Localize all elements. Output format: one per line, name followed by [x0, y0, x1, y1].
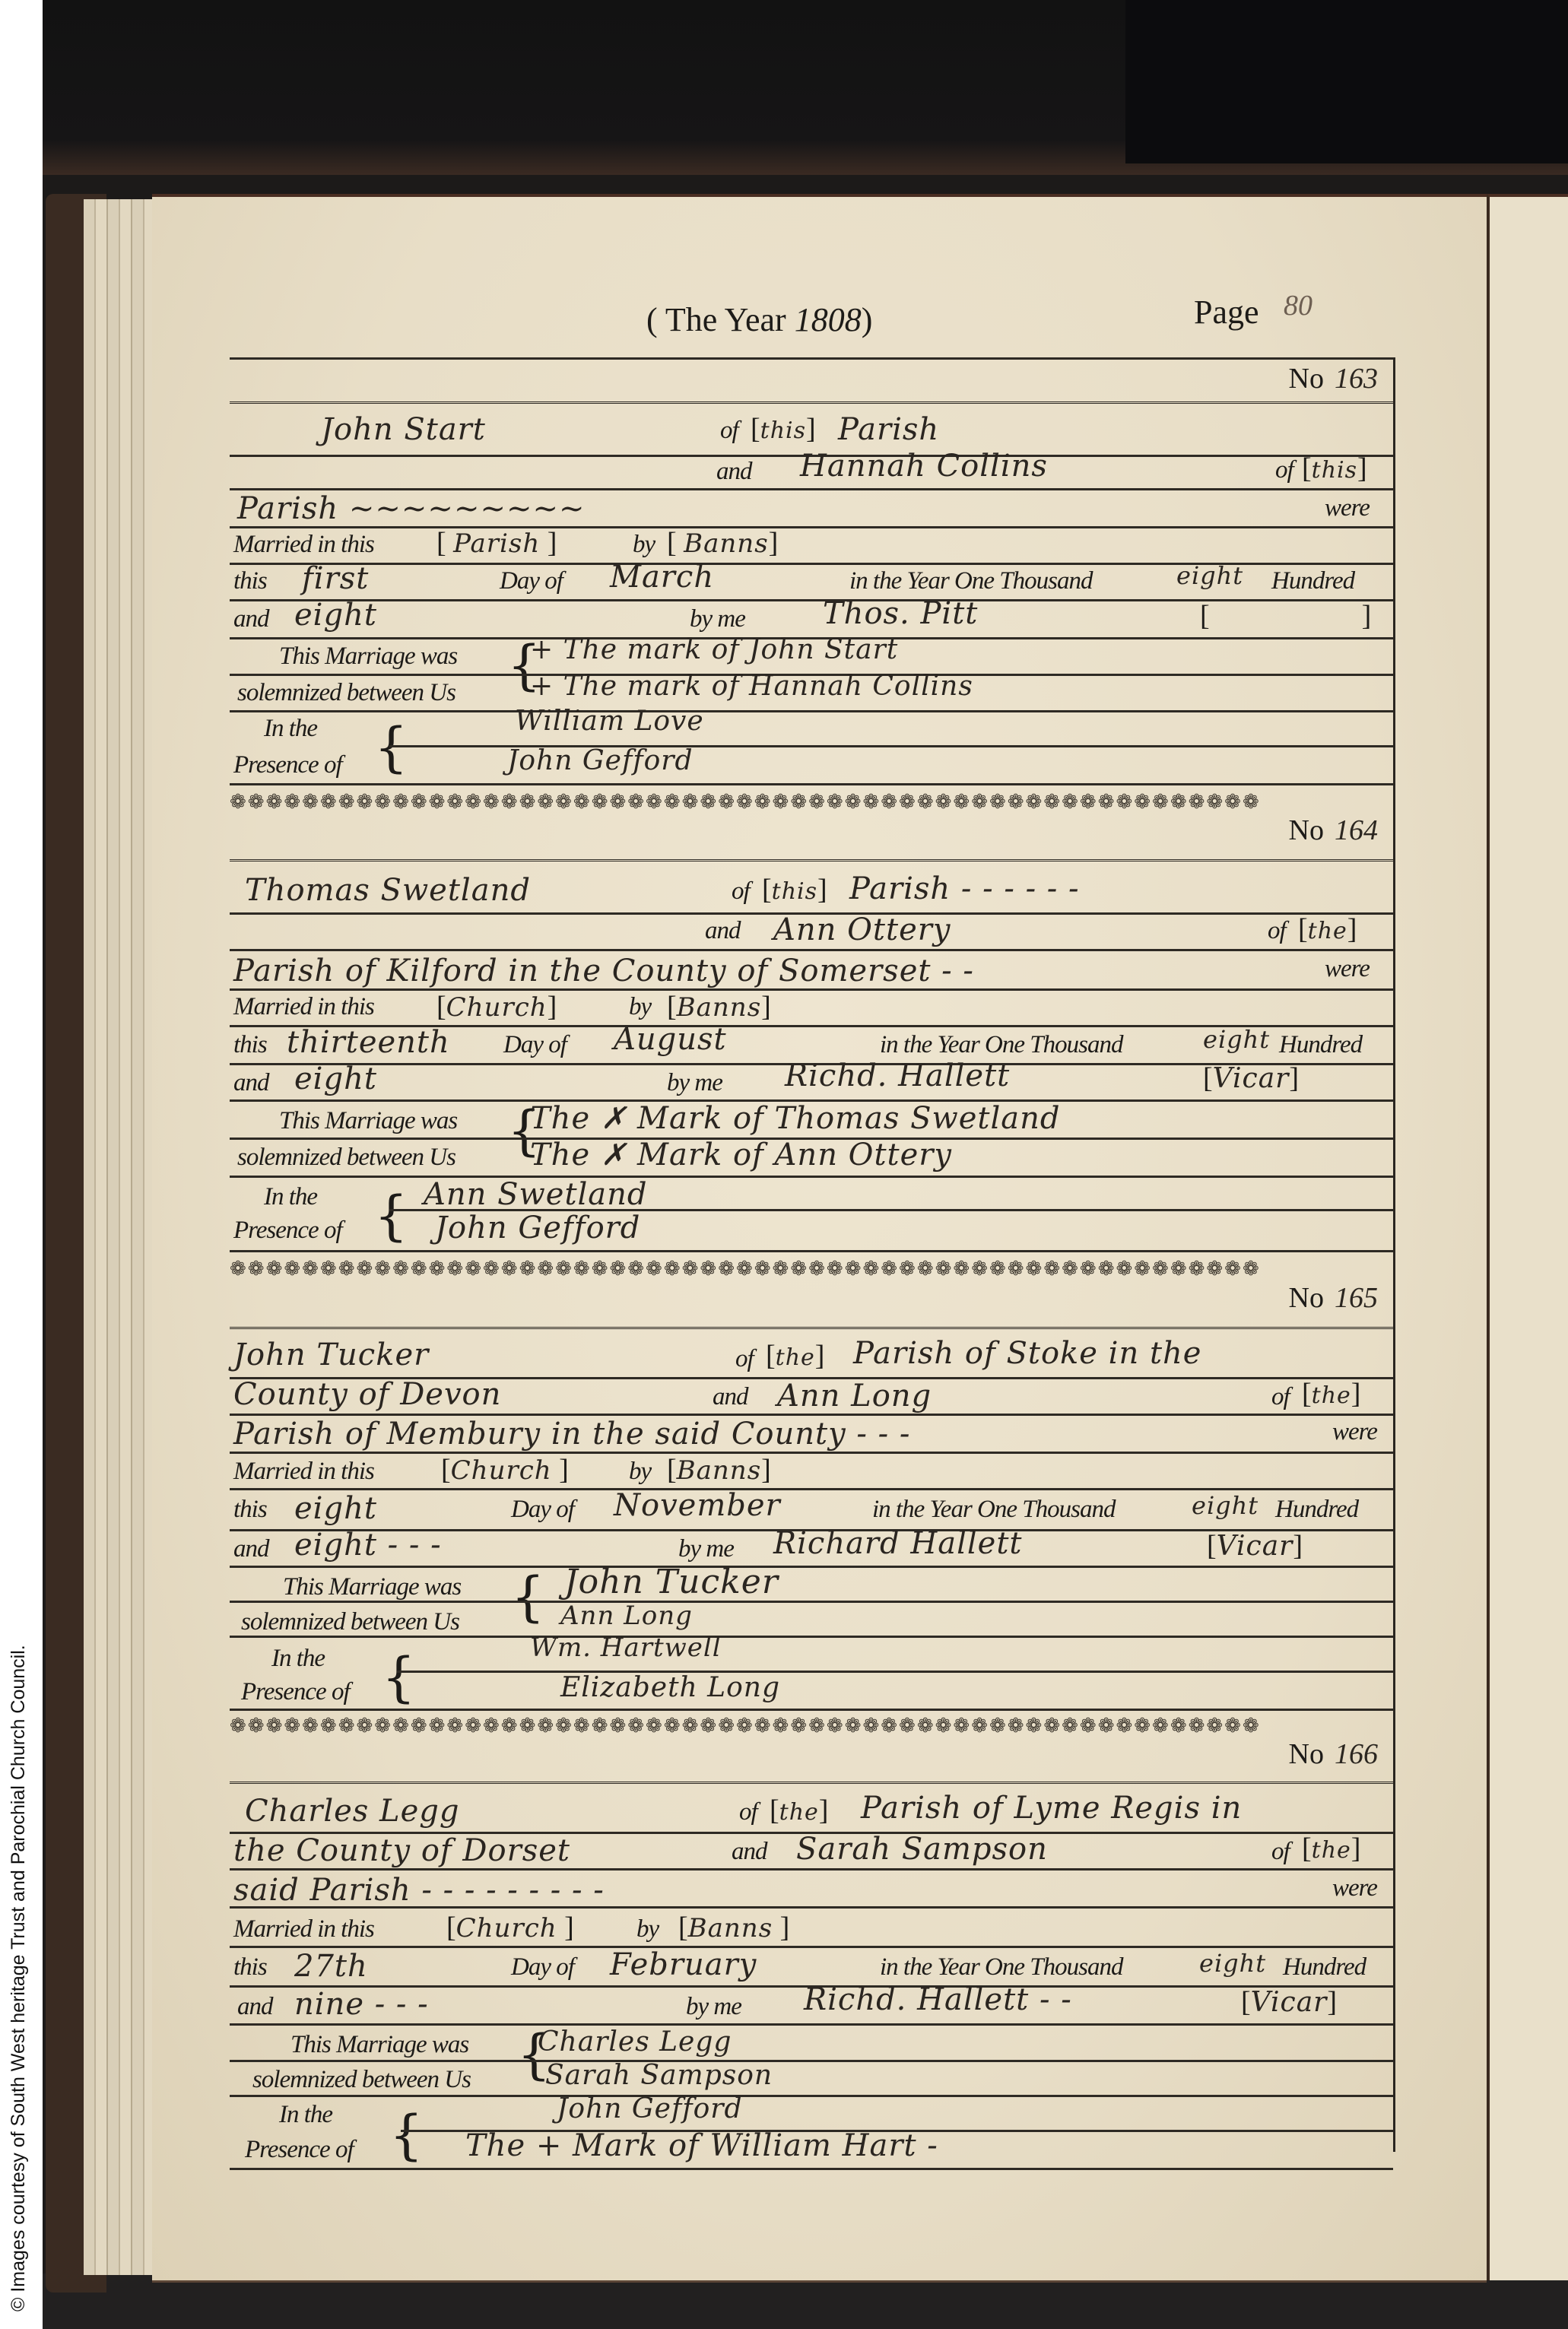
- month-value: March: [610, 560, 714, 595]
- page-number: 80: [1284, 289, 1312, 322]
- ornamental-divider: ❁❁❁❁❁❁❁❁❁❁❁❁❁❁❁❁❁❁❁❁❁❁❁❁❁❁❁❁❁❁❁❁❁❁❁❁❁❁❁❁…: [230, 1258, 1393, 1280]
- day-value: thirteenth: [287, 1025, 450, 1060]
- groom-name: John Start: [321, 412, 486, 447]
- brace: {: [374, 721, 408, 774]
- day-value: eight: [294, 1491, 377, 1526]
- background-top-right: [1125, 0, 1568, 163]
- groom-of-field: [this]: [751, 412, 816, 446]
- married-in-field: [Church]: [436, 990, 557, 1023]
- officiant-title-field: []: [1200, 599, 1371, 633]
- married-in-field: [Church ]: [441, 1453, 569, 1487]
- page-label: Page: [1194, 293, 1259, 332]
- officiant: Richard Hallett: [773, 1526, 1023, 1561]
- groom-county: the County of Dorset: [233, 1833, 570, 1868]
- by-field: [Banns]: [667, 1453, 771, 1487]
- witness-1: William Love: [515, 706, 704, 737]
- groom-name: Thomas Swetland: [245, 873, 531, 908]
- day-value: first: [302, 561, 369, 596]
- signature-groom: + The mark of John Start: [530, 634, 898, 665]
- groom-name: Charles Legg: [245, 1794, 460, 1829]
- marriage-entry-166: No166 Charles Legg of [the] Parish of Ly…: [230, 1737, 1393, 2163]
- day-value: 27th: [294, 1949, 368, 1984]
- groom-parish: Parish - - - - - -: [849, 871, 1080, 906]
- signature-bride: The ✗ Mark of Ann Ottery: [530, 1138, 952, 1172]
- bride-name: Hannah Collins: [800, 449, 1048, 484]
- bride-parish: Parish of Kilford in the County of Somer…: [233, 953, 974, 988]
- year-hundreds: eight: [1203, 1025, 1270, 1054]
- witness-1: Wm. Hartwell: [530, 1633, 722, 1663]
- groom-parish: Parish of Stoke in the: [853, 1336, 1201, 1371]
- groom-of-field: [the]: [766, 1339, 824, 1372]
- month-value: August: [614, 1022, 727, 1057]
- page-title: ( The Year 1808): [646, 300, 872, 339]
- witness-2: John Gefford: [435, 1211, 640, 1245]
- signature-bride: Ann Long: [560, 1601, 693, 1631]
- by-field: [Banns ]: [678, 1911, 789, 1944]
- year-units: nine - - -: [294, 1987, 429, 2022]
- bride-of-field: [the]: [1302, 1377, 1360, 1410]
- bride-name: Ann Long: [777, 1379, 932, 1414]
- bride-of-field: [the]: [1302, 1832, 1360, 1865]
- by-field: [Banns]: [667, 990, 771, 1023]
- groom-name: John Tucker: [233, 1337, 429, 1372]
- witness-1: Ann Swetland: [424, 1177, 648, 1212]
- entry-number: No165: [1289, 1281, 1378, 1315]
- year-units: eight: [294, 598, 377, 633]
- brace: {: [374, 1189, 408, 1242]
- officiant-title-field: [Vicar]: [1241, 1985, 1337, 2019]
- bride-name: Sarah Sampson: [796, 1832, 1048, 1867]
- groom-of-field: [this]: [762, 873, 827, 906]
- bride-of-field: [the]: [1298, 912, 1357, 946]
- witness-2: The + Mark of William Hart -: [465, 2128, 938, 2163]
- officiant: Richd. Hallett - -: [804, 1982, 1072, 2017]
- ornamental-divider: ❁❁❁❁❁❁❁❁❁❁❁❁❁❁❁❁❁❁❁❁❁❁❁❁❁❁❁❁❁❁❁❁❁❁❁❁❁❁❁❁…: [230, 791, 1393, 814]
- signature-groom: John Tucker: [564, 1563, 779, 1601]
- officiant: Richd. Hallett: [785, 1058, 1010, 1093]
- witness-1: John Gefford: [557, 2093, 743, 2124]
- year-hundreds: eight: [1199, 1949, 1266, 1978]
- signature-bride: Sarah Sampson: [545, 2060, 773, 2091]
- year-units: eight - - -: [294, 1528, 442, 1563]
- groom-county: County of Devon: [233, 1377, 501, 1412]
- witness-2: John Gefford: [507, 745, 694, 776]
- signature-groom: The ✗ Mark of Thomas Swetland: [530, 1101, 1060, 1136]
- bride-parish: Parish ~~~~~~~~~: [237, 491, 586, 526]
- bride-parish: Parish of Membury in the said County - -…: [233, 1417, 910, 1452]
- entry-number: No163: [1289, 362, 1378, 395]
- married-in-field: [Church ]: [446, 1911, 574, 1944]
- month-value: February: [610, 1947, 757, 1982]
- ornamental-divider: ❁❁❁❁❁❁❁❁❁❁❁❁❁❁❁❁❁❁❁❁❁❁❁❁❁❁❁❁❁❁❁❁❁❁❁❁❁❁❁❁…: [230, 1715, 1393, 1737]
- year-units: eight: [294, 1061, 377, 1096]
- brace: {: [511, 1570, 545, 1623]
- entry-number: No166: [1289, 1737, 1378, 1771]
- officiant-title-field: [Vicar]: [1203, 1061, 1299, 1095]
- married-in-field: [ Parish ]: [436, 526, 557, 560]
- bride-of-field: [this]: [1302, 452, 1367, 485]
- year-hundreds: eight: [1192, 1491, 1259, 1520]
- brace: {: [389, 2108, 424, 2162]
- image-credit: © Images courtesy of South West heritage…: [8, 30, 30, 2312]
- facing-page-edge: [1487, 194, 1568, 2280]
- groom-parish: Parish of Lyme Regis in: [861, 1791, 1242, 1826]
- marriage-register-form: No163 John Start of [this] Parish and Ha…: [230, 357, 1395, 2152]
- month-value: November: [614, 1488, 781, 1523]
- year-hundreds: eight: [1176, 561, 1243, 590]
- signature-bride: + The mark of Hannah Collins: [530, 671, 973, 702]
- bride-parish: said Parish - - - - - - - - -: [233, 1873, 605, 1908]
- groom-parish: Parish: [838, 412, 939, 447]
- by-field: [ Banns]: [667, 526, 778, 560]
- signature-groom: Charles Legg: [538, 2026, 732, 2058]
- marriage-entry-164: No164 Thomas Swetland of [this] Parish -…: [230, 814, 1393, 1285]
- marriage-entry-163: No163 John Start of [this] Parish and Ha…: [230, 357, 1393, 814]
- entry-number: No164: [1289, 814, 1378, 847]
- officiant: Thos. Pitt: [823, 596, 978, 631]
- bride-name: Ann Ottery: [773, 912, 951, 947]
- groom-of-field: [the]: [770, 1794, 828, 1827]
- officiant-title-field: [Vicar]: [1207, 1529, 1303, 1563]
- brace: {: [382, 1651, 416, 1704]
- year-value: 1808: [795, 301, 862, 338]
- marriage-entry-165: No165 John Tucker of [the] Parish of Sto…: [230, 1281, 1393, 1737]
- witness-2: Elizabeth Long: [560, 1672, 780, 1703]
